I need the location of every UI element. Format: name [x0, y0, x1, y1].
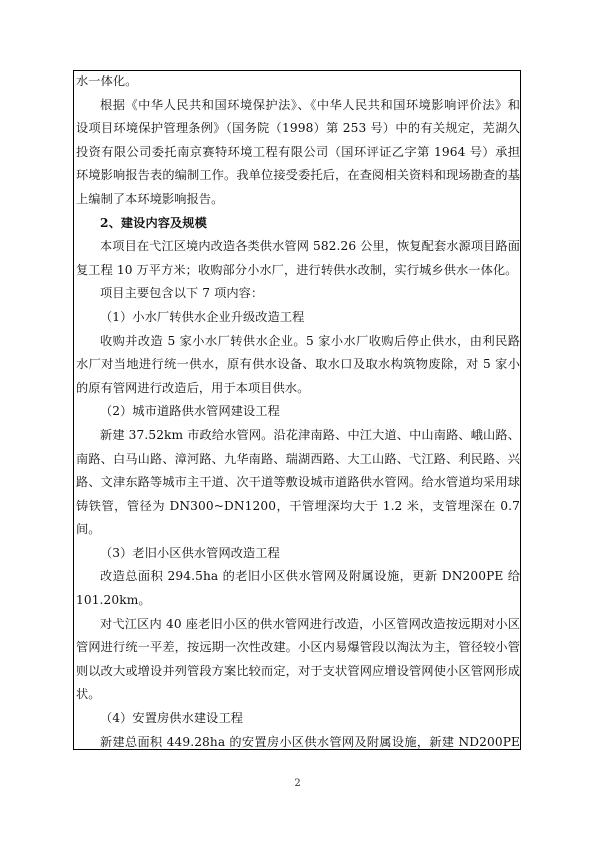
subsection-heading: （2）城市道路供水管网建设工程	[76, 400, 520, 424]
text-line: 状。	[76, 683, 520, 707]
section-heading: 2、建设内容及规模	[76, 212, 520, 236]
text-line: 投资有限公司委托南京赛特环境工程有限公司（国环评证乙字第 1964 号）承担本项…	[76, 141, 520, 165]
text-line: 对弋江区内 40 座老旧小区的供水管网进行改造，小区管网改造按远期对小区供水	[76, 613, 520, 637]
text-line: 根据《中华人民共和国环境保护法》、《中华人民共和国环境影响评价法》和《建	[76, 94, 520, 118]
text-line: 新建总面积 449.28ha 的安置房小区供水管网及附属设施，新建 ND200P…	[76, 731, 520, 755]
text-line: 改造总面积 294.5ha 的老旧小区供水管网及附属设施，更新 DN200PE …	[76, 565, 520, 589]
subsection-heading: （1）小水厂转供水企业升级改造工程	[76, 306, 520, 330]
text-line: 的原有管网进行改造后，用于本项目供水。	[76, 377, 520, 401]
text-line: 复工程 10 万平方米；收购部分小水厂，进行转供水改制，实行城乡供水一体化。	[76, 259, 520, 283]
text-line: 101.20km。	[76, 589, 520, 613]
subsection-heading: （4）安置房供水建设工程	[76, 707, 520, 731]
text-line: 南路、白马山路、漳河路、九华南路、瑞湖西路、大工山路、弋江路、利民路、兴业	[76, 448, 520, 472]
text-line: 水一体化。	[76, 70, 520, 94]
text-line: 则以改大或增设并列管段方案比较而定，对于支状管网应增设管网使小区管网形成环	[76, 660, 520, 684]
page-number: 2	[0, 778, 595, 789]
text-line: 路、文津东路等城市主干道、次干道等敷设城市道路供水管网。给水管道均采用球墨	[76, 471, 520, 495]
text-line: 环境影响报告表的编制工作。我单位接受委托后，在查阅相关资料和现场勘查的基础	[76, 164, 520, 188]
document-body: 水一体化。 根据《中华人民共和国环境保护法》、《中华人民共和国环境影响评价法》和…	[76, 70, 520, 754]
subsection-heading: （3）老旧小区供水管网改造工程	[76, 542, 520, 566]
text-line: 水厂对当地进行统一供水，原有供水设备、取水口及取水构筑物废除，对 5 家小水厂	[76, 353, 520, 377]
text-line: 间。	[76, 518, 520, 542]
text-line: 铸铁管，管径为 DN300~DN1200，干管埋深均大于 1.2 米，支管埋深在…	[76, 495, 520, 519]
text-line: 设项目环境保护管理条例》（国务院（1998）第 253 号）中的有关规定，芜湖久…	[76, 117, 520, 141]
text-line: 本项目在弋江区境内改造各类供水管网 582.26 公里，恢复配套水源项目路面等恢	[76, 235, 520, 259]
text-line: 收购并改造 5 家小水厂转供水企业。5 家小水厂收购后停止供水，由利民路自来	[76, 330, 520, 354]
text-line: 新建 37.52km 市政给水管网。沿花津南路、中江大道、中山南路、峨山路、长江	[76, 424, 520, 448]
text-line: 管网进行统一平差，按远期一次性改建。小区内易爆管段以淘汰为主，管径较小管段	[76, 636, 520, 660]
text-line: 项目主要包含以下 7 项内容：	[76, 282, 520, 306]
text-line: 上编制了本环境影响报告。	[76, 188, 520, 212]
